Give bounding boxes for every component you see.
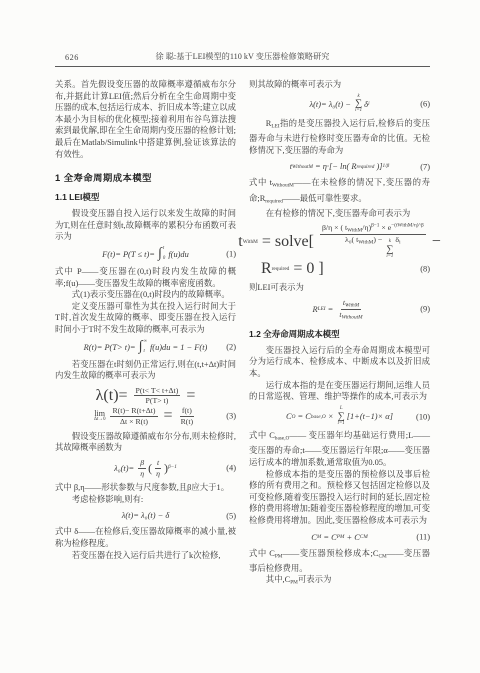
- subscript: PM: [337, 534, 345, 540]
- limit: lim Δt→0: [94, 410, 106, 423]
- equation-number: (6): [420, 100, 430, 109]
- subsection-heading-1-2: 1.2 全寿命周期成本模型: [249, 328, 430, 340]
- text-run: ——变压器预检修成本;C: [283, 549, 379, 558]
- formula-5: λ(t)= λ₀(t) − δ (5): [55, 509, 236, 522]
- paragraph: 定义变压器可靠性为其在投入运行时间大于T时,首次发生故障的概率、即变压器在投入运…: [55, 301, 236, 336]
- paragraph: 考虑检修影响,则有:: [55, 494, 236, 506]
- fraction: t η: [154, 458, 162, 478]
- subscript: i: [368, 101, 369, 107]
- paragraph: 其中,CPM可表示为: [249, 574, 430, 589]
- summation: L ∑ t=1: [338, 407, 345, 427]
- integral-sign: ∫: [158, 247, 162, 261]
- formula-text: + C: [344, 533, 359, 542]
- sum-lower: t=1: [338, 422, 345, 427]
- fraction: f(t) R(t): [179, 406, 196, 426]
- subscript: WithM: [345, 302, 359, 308]
- integral-lower: t: [143, 350, 146, 355]
- fraction-numerator: R(t)− R(t+Δt): [110, 406, 157, 417]
- paragraph: 式中 P——变压器在(0,t)时段内发生故障的概率;f(u)——变压器发生故障的…: [55, 266, 236, 289]
- paragraph: 关系。首先假设变压器的故障概率遵循威布尔分布,并据此计算LEI值;然后分析在全生…: [55, 79, 236, 160]
- paragraph: 式中 Cbase,O—— 变压器年均基础运行费用;L——变压器的寿命;t——变压…: [249, 430, 430, 468]
- equation-number: (2): [226, 343, 236, 352]
- subscript: LEI: [271, 124, 279, 130]
- paragraph: 式(1)表示变压器在(0,t)时段内的故障概率。: [55, 289, 236, 301]
- formula-text: λ(t)= λ₀(t) − δ: [122, 511, 169, 520]
- formula-text: [1+(t−1)× α]: [347, 412, 393, 421]
- integral-upper: t: [163, 247, 165, 252]
- integral-lower: 0: [163, 257, 165, 262]
- formula-8-line-2: R required = 0 ] (8): [249, 260, 430, 278]
- fraction: tWithM tWithoutM: [337, 298, 364, 321]
- paragraph: 检修成本指的是变压器的预检修以及事后检修的所有费用之和。预检修又包括固定检修以及…: [249, 469, 430, 527]
- right-column: 则其故障的概率可表示为 λ(t)= λ₀(t) − k ∑ i=1 δ i (6…: [249, 79, 430, 589]
- fraction-numerator: P(t< T< t+Δt): [134, 386, 181, 397]
- subsection-heading-1-1: 1.1 LEI模型: [55, 191, 236, 203]
- paper-page: 626 徐 聪:基于LEI模型的110 kV 变压器检修策略研究 关系。首先假设…: [0, 0, 480, 673]
- formula-text: ×: [326, 412, 336, 421]
- text-run: ——最低可靠性要求。: [283, 194, 367, 203]
- fraction-numerator: β: [138, 458, 146, 469]
- fraction-denominator: tWithoutM: [337, 310, 364, 321]
- paragraph: 则其故障的概率可表示为: [249, 79, 430, 91]
- open-paren: (: [148, 461, 152, 476]
- formula-text: λ(t)= λ₀(t) −: [309, 100, 353, 109]
- text-run: 式中 t: [249, 178, 272, 187]
- fraction-denominator: P(T> t): [144, 396, 171, 406]
- paragraph: 式中 tWithoutM——在未检修的情况下,变压器的寿命;Rrequired—…: [249, 177, 430, 207]
- fraction-denominator: R(t): [179, 417, 196, 427]
- formula-text: = C: [321, 533, 336, 542]
- formula-text: = C: [295, 412, 310, 421]
- paragraph: 变压器投入运行后的全寿命周期成本模型可分为运行成本、检修成本、中断成本以及折旧成…: [249, 345, 430, 380]
- subscript: WithoutM: [292, 164, 313, 170]
- text-run: 可表示为: [298, 575, 332, 584]
- subscript: required: [265, 198, 283, 204]
- text-run: 其中,C: [266, 575, 290, 584]
- subscript: PM: [290, 580, 298, 586]
- paragraph: 在有检修的情况下,变压器寿命可表示为: [249, 208, 430, 220]
- formula-8: t WithM = solve[ β/η × ( tWithM/η)β−1 × …: [249, 223, 430, 278]
- fraction-denominator: η: [154, 469, 162, 479]
- section-heading-1: 1 全寿命周期成本模型: [55, 170, 236, 184]
- formula-text: R(t)= P(T> t)=: [84, 343, 138, 352]
- subscript: required: [272, 266, 290, 272]
- formula-text: f(u)du: [166, 250, 189, 259]
- paragraph: RLEI指的是变压器投入运行后,检修后的变压器寿命与未进行检修时变压器寿命的比值…: [249, 118, 430, 156]
- formula-2: R(t)= P(T> t)= ∫ ∞ t f(u)du = 1 − F(t) (…: [55, 340, 236, 355]
- fraction: β/η × ( tWithM/η)β−1 × e−(tWithM/η)^β λ₀…: [320, 223, 426, 260]
- formula-3: λ(t)= P(t< T< t+Δt) P(T> t) = lim Δt→0: [55, 386, 236, 427]
- formula-9: R LEI = tWithM tWithoutM (9): [249, 298, 430, 321]
- integral-limits: t 0: [163, 247, 165, 262]
- paragraph: 则LEI可表示为: [249, 282, 430, 294]
- formula-text: λ₀( t: [345, 235, 358, 244]
- text-run: 式中 C: [249, 431, 275, 440]
- formula-text: = solve[: [258, 233, 318, 251]
- limit-subscript: Δt→0: [94, 418, 106, 423]
- formula-11: C M = C PM + C CM (11): [249, 531, 430, 544]
- formula-text: = 0 ]: [289, 260, 323, 278]
- exponent: −(tWithM/η)^β: [391, 223, 424, 229]
- integral: ∫ t 0: [158, 247, 165, 262]
- formula-text: λ₀(t)=: [114, 464, 136, 473]
- subscript: CM: [360, 534, 368, 540]
- formula-text: =: [160, 407, 177, 425]
- exponent: β−1: [168, 465, 177, 470]
- formula-text: )]: [374, 162, 382, 171]
- formula-6: λ(t)= λ₀(t) − k ∑ i=1 δ i (6): [249, 95, 430, 115]
- paragraph: 若变压器在投入运行后共进行了k次检修,: [55, 550, 236, 562]
- formula-3-line-2: lim Δt→0 R(t)− R(t+Δt) Δt × R(t) = f(t) …: [55, 406, 236, 426]
- integral-limits: ∞ t: [143, 340, 146, 355]
- equation-number: (4): [226, 464, 236, 473]
- formula-3-line-1: λ(t)= P(t< T< t+Δt) P(T> t) =: [55, 386, 236, 406]
- subscript: CM: [378, 553, 386, 559]
- fraction-numerator: f(t): [180, 406, 194, 417]
- formula-1: F(t)= P(T ≤ t)= ∫ t 0 f(u)du (1): [55, 247, 236, 262]
- subscript: WithM: [358, 240, 373, 246]
- subscript: WithM: [243, 239, 258, 245]
- equation-number: (1): [226, 250, 236, 259]
- paragraph: 假设变压器自投入运行以来发生故障的时间为T,则在任意时刻t,故障概率的累积分布函…: [55, 208, 236, 243]
- subscript: PM: [275, 553, 283, 559]
- formula-text: =: [326, 305, 336, 314]
- subscript: WithoutM: [342, 314, 363, 320]
- subscript: base,O: [311, 414, 326, 420]
- fraction: β η: [138, 458, 146, 478]
- text-run: 式中 C: [249, 549, 275, 558]
- fraction-denominator: η: [138, 469, 146, 479]
- page-content: 626 徐 聪:基于LEI模型的110 kV 变压器检修策略研究 关系。首先假设…: [55, 52, 430, 589]
- fraction: P(t< T< t+Δt) P(T> t): [134, 386, 181, 406]
- fraction: R(t)− R(t+Δt) Δt × R(t): [110, 406, 157, 426]
- equation-number: (10): [416, 412, 430, 421]
- running-header: 626 徐 聪:基于LEI模型的110 kV 变压器检修策略研究: [55, 52, 430, 67]
- formula-text: λ(t)=: [96, 387, 132, 405]
- left-column: 关系。首先假设变压器的故障概率遵循威布尔分布,并据此计算LEI值;然后分析在全生…: [55, 79, 236, 589]
- exponent: 1/β: [383, 164, 390, 169]
- formula-text: f(u)du = 1 − F(t): [148, 343, 207, 352]
- summation: k∑i=1: [386, 240, 393, 260]
- subscript: WithM: [347, 228, 362, 234]
- formula-text: F(t)= P(T ≤ t)=: [102, 250, 157, 259]
- paragraph: 若变压器在t时刻仍正常运行,则在(t,t+Δt)时间内发生故障的概率可表示为: [55, 359, 236, 382]
- integral-upper: ∞: [143, 340, 146, 345]
- fraction-denominator: Δt × R(t): [118, 417, 150, 427]
- formula-text: /η): [362, 223, 371, 232]
- integral-sign: ∫: [139, 340, 143, 354]
- equation-number: (7): [420, 162, 430, 171]
- formula-text: −: [428, 233, 441, 251]
- sum-lower: i=1: [355, 109, 362, 114]
- equation-number: (3): [226, 412, 236, 421]
- subscript: i: [399, 240, 400, 246]
- subscript: base,O: [275, 436, 290, 442]
- paragraph: 式中 δ——在检修后,变压器故障概率的减小量,被称为检修程度。: [55, 526, 236, 549]
- subscript: LEI: [318, 306, 326, 312]
- subscript: required: [357, 164, 375, 170]
- equation-number: (5): [226, 511, 236, 520]
- equation-number: (8): [420, 264, 430, 273]
- equation-number: (11): [416, 533, 430, 542]
- formula-10: C O = C base,O × L ∑ t=1 [1+(t−1)× α] (1…: [249, 407, 430, 427]
- summation: k ∑ i=1: [355, 95, 362, 115]
- fraction-denominator: λ₀( tWithM) − k∑i=1δi: [343, 235, 403, 260]
- formula-7: t WithoutM = η·[− ln( R required )] 1/β …: [249, 160, 430, 173]
- fraction-numerator: β/η × ( tWithM/η)β−1 × e−(tWithM/η)^β: [320, 223, 426, 235]
- paragraph: 假设变压器故障遵循威布尔分布,则未检修时,其故障概率函数为: [55, 431, 236, 454]
- fraction-numerator: t: [155, 458, 161, 469]
- fraction-numerator: tWithM: [341, 298, 361, 310]
- running-title: 徐 聪:基于LEI模型的110 kV 变压器检修策略研究: [55, 51, 430, 62]
- paragraph: 运行成本指的是在变压器运行期间,运维人员的日常巡视、管理、维护等操作的成本,可表…: [249, 380, 430, 403]
- subscript: WithoutM: [272, 183, 294, 189]
- integral: ∫ ∞ t: [139, 340, 147, 355]
- formula-text: R: [261, 260, 272, 278]
- formula-text: β/η × ( t: [322, 223, 347, 232]
- equation-number: (9): [420, 305, 430, 314]
- formula-text: = η·[− ln( R: [313, 162, 357, 171]
- paragraph: 式中 β,η——形状参数与尺度参数,且β应大于1。: [55, 482, 236, 494]
- formula-text: × e: [379, 223, 391, 232]
- paragraph: 式中 CPM——变压器预检修成本;CCM——变压器事后检修费用。: [249, 548, 430, 575]
- two-column-body: 关系。首先假设变压器的故障概率遵循威布尔分布,并据此计算LEI值;然后分析在全生…: [55, 79, 430, 589]
- formula-4: λ₀(t)= β η ( t η ) β−1 (4): [55, 458, 236, 478]
- formula-text: =: [182, 387, 195, 405]
- formula-text: ) −: [373, 235, 384, 244]
- formula-8-line-1: t WithM = solve[ β/η × ( tWithM/η)β−1 × …: [249, 223, 430, 260]
